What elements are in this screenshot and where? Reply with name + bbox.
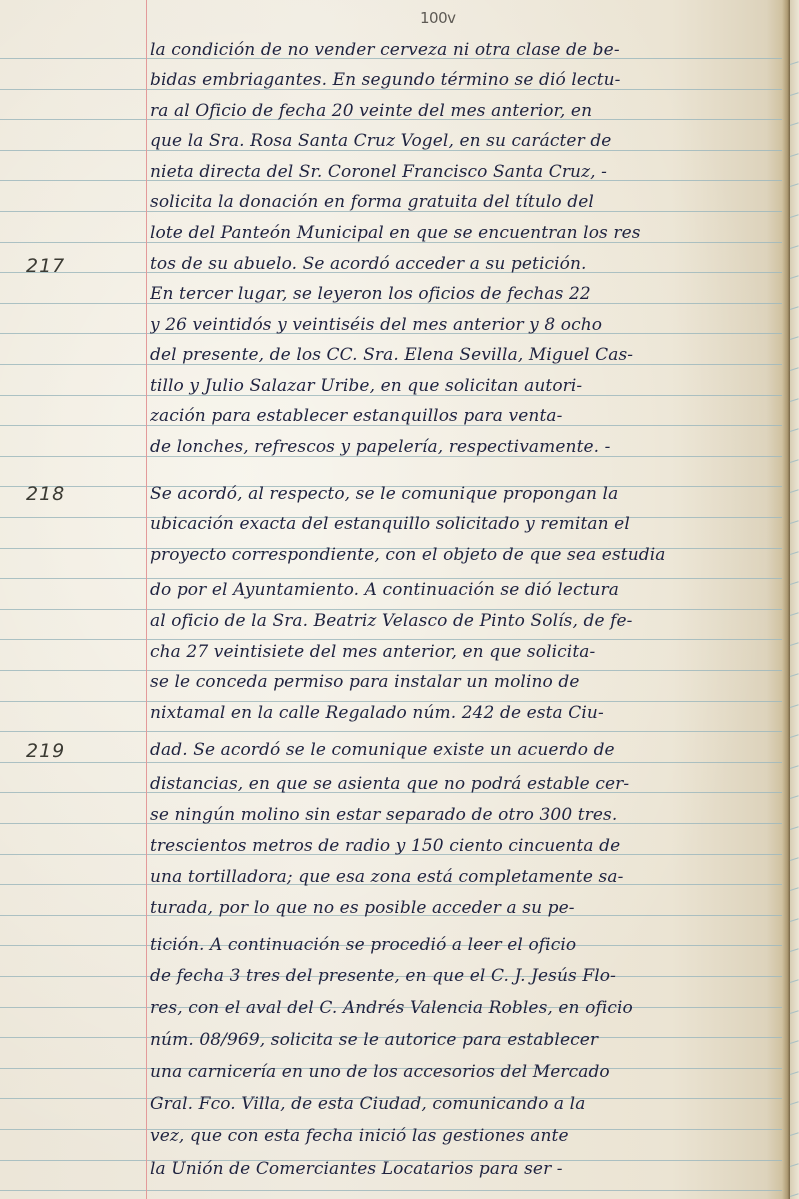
text-line: ra al Oficio de fecha 20 veinte del mes …: [150, 101, 770, 121]
ruled-line: [0, 639, 782, 640]
text-line: res, con el aval del C. Andrés Valencia …: [150, 998, 770, 1018]
text-line: la condición de no vender cerveza ni otr…: [150, 40, 770, 60]
notebook-page: 100v 217 218 219 la condición de no vend…: [0, 0, 790, 1199]
red-margin-line: [146, 0, 147, 1199]
text-line: turada, por lo que no es posible acceder…: [150, 898, 770, 918]
text-line: de fecha 3 tres del presente, en que el …: [150, 966, 770, 986]
text-line: ubicación exacta del estanquillo solicit…: [150, 514, 770, 534]
ruled-line: [0, 609, 782, 610]
minute-number-217: 217: [26, 255, 65, 277]
text-line: de lonches, refrescos y papelería, respe…: [150, 437, 770, 457]
ruled-line: [0, 1190, 782, 1191]
text-line: En tercer lugar, se leyeron los oficios …: [150, 284, 770, 304]
text-line: do por el Ayuntamiento. A continuación s…: [150, 580, 770, 600]
ruled-line: [0, 578, 782, 579]
text-line: distancias, en que se asienta que no pod…: [150, 774, 770, 794]
text-line: que la Sra. Rosa Santa Cruz Vogel, en su…: [150, 131, 770, 151]
text-line: tos de su abuelo. Se acordó acceder a su…: [150, 254, 770, 274]
text-line: cha 27 veintisiete del mes anterior, en …: [150, 642, 770, 662]
text-line: se le conceda permiso para instalar un m…: [150, 672, 770, 692]
text-line: lote del Panteón Municipal en que se enc…: [150, 223, 770, 243]
text-line: vez, que con esta fecha inició las gesti…: [150, 1126, 770, 1146]
text-line: dad. Se acordó se le comunique existe un…: [150, 740, 770, 760]
text-line: la Unión de Comerciantes Locatarios para…: [150, 1159, 770, 1179]
adjacent-page-edge: [790, 0, 799, 1199]
text-line: y 26 veintidós y veintiséis del mes ante…: [150, 315, 770, 335]
minute-number-219: 219: [26, 740, 65, 762]
text-line: una carnicería en uno de los accesorios …: [150, 1062, 770, 1082]
text-line: bidas embriagantes. En segundo término s…: [150, 70, 770, 90]
text-line: tillo y Julio Salazar Uribe, en que soli…: [150, 376, 770, 396]
text-line: del presente, de los CC. Sra. Elena Sevi…: [150, 345, 770, 365]
text-line: Gral. Fco. Villa, de esta Ciudad, comuni…: [150, 1094, 770, 1114]
text-line: núm. 08/969, solicita se le autorice par…: [150, 1030, 770, 1050]
ruled-line: [0, 731, 782, 732]
text-line: al oficio de la Sra. Beatriz Velasco de …: [150, 611, 770, 631]
text-line: se ningún molino sin estar separado de o…: [150, 805, 770, 825]
minute-number-218: 218: [26, 483, 65, 505]
ruled-line: [0, 762, 782, 763]
text-line: tición. A continuación se procedió a lee…: [150, 935, 770, 955]
text-line: nieta directa del Sr. Coronel Francisco …: [150, 162, 770, 182]
text-line: solicita la donación en forma gratuita d…: [150, 192, 770, 212]
text-line: una tortilladora; que esa zona está comp…: [150, 867, 770, 887]
text-line: zación para establecer estanquillos para…: [150, 406, 770, 426]
text-line: proyecto correspondiente, con el objeto …: [150, 545, 770, 565]
ruled-line: [0, 701, 782, 702]
text-line: nixtamal en la calle Regalado núm. 242 d…: [150, 703, 770, 723]
folio-number: 100v: [420, 9, 456, 27]
ruled-line: [0, 670, 782, 671]
text-line: Se acordó, al respecto, se le comunique …: [150, 484, 770, 504]
text-line: trescientos metros de radio y 150 ciento…: [150, 836, 770, 856]
